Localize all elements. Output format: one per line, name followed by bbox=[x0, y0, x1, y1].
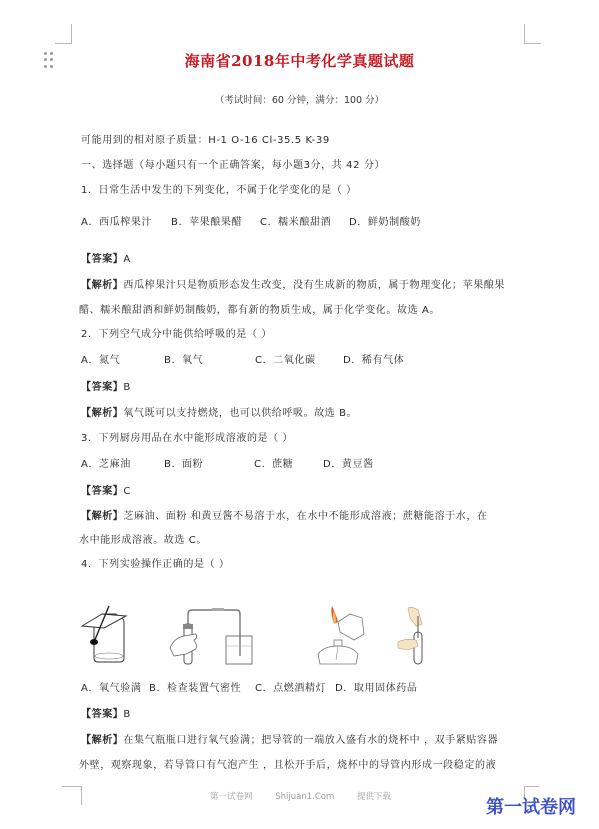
footer-site-name: 第一试卷网 bbox=[210, 792, 253, 802]
question-1-answer: 【答案】A bbox=[81, 250, 131, 265]
question-4-option-a: A．氧气验满 bbox=[81, 679, 141, 694]
watermark-logo: 第一试卷网 bbox=[486, 793, 576, 819]
question-2-option-d: D．稀有气体 bbox=[343, 351, 404, 366]
atomic-masses: 可能用到的相对原子质量：H-1 O-16 Cl-35.5 K-39 bbox=[81, 131, 330, 146]
question-3-option-c: C．蔗糖 bbox=[254, 455, 293, 470]
figure-oxygen-full-test bbox=[80, 604, 130, 664]
answer-label: 【答案】 bbox=[81, 486, 123, 497]
question-1-stem: 1．日常生活中发生的下列变化，不属于化学变化的是（ ） bbox=[81, 181, 357, 196]
question-1-analysis-line-2: 醋、糯米酿甜酒和鲜奶制酸奶，都有新的物质生成，属于化学变化。故选 A。 bbox=[79, 301, 440, 316]
question-4-stem: 4．下列实验操作正确的是（ ） bbox=[81, 555, 230, 570]
question-4-option-d: D．取用固体药品 bbox=[335, 679, 418, 694]
answer-label: 【答案】 bbox=[81, 254, 123, 265]
analysis-label: 【解析】 bbox=[81, 511, 123, 522]
figure-airtightness-check bbox=[168, 604, 268, 669]
figure-solid-reagent-taking bbox=[396, 604, 436, 669]
question-1-option-c: C．糯米酿甜酒 bbox=[260, 213, 331, 228]
answer-label: 【答案】 bbox=[81, 709, 123, 720]
section-heading: 一、选择题（每小题只有一个正确答案，每小题3分，共 42 分） bbox=[81, 156, 385, 171]
margin-corner-top-right bbox=[524, 24, 541, 44]
analysis-label: 【解析】 bbox=[81, 735, 123, 746]
question-2-analysis: 【解析】氧气既可以支持燃烧，也可以供给呼吸。故选 B。 bbox=[81, 404, 357, 419]
question-3-stem: 3．下列厨房用品在水中能形成溶液的是（ ） bbox=[81, 429, 293, 444]
question-1-option-a: A．西瓜榨果汁 bbox=[81, 213, 152, 228]
question-2-option-c: C．二氧化碳 bbox=[255, 351, 316, 366]
question-4-option-c: C．点燃酒精灯 bbox=[255, 679, 326, 694]
answer-value: B bbox=[123, 382, 130, 393]
footer-download: 提供下载 bbox=[357, 792, 391, 802]
question-2-stem: 2．下列空气成分中能供给呼吸的是（ ） bbox=[81, 325, 272, 340]
question-3-analysis-line-2: 水中能形成溶液。故选 C。 bbox=[79, 531, 207, 546]
analysis-text: 西瓜榨果汁只是物质形态发生改变，没有生成新的物质，属于物理变化；苹果酿果 bbox=[123, 280, 505, 291]
question-2-option-b: B．氧气 bbox=[164, 351, 203, 366]
question-3-answer: 【答案】C bbox=[81, 482, 131, 497]
question-4-analysis-line-2: 外壁，观察现象，若导管口有气泡产生 ，且松开手后，烧杯中的导管内形成一段稳定的液 bbox=[79, 756, 496, 771]
answer-value: B bbox=[123, 709, 130, 720]
answer-value: A bbox=[123, 254, 130, 265]
question-3-option-a: A．芝麻油 bbox=[81, 455, 131, 470]
page-footer: 第一试卷网 Shijuan1.Com 提供下载 bbox=[210, 790, 411, 802]
analysis-label: 【解析】 bbox=[81, 408, 123, 419]
document-title: 海南省2018年中考化学真题试题 bbox=[0, 50, 599, 71]
answer-value: C bbox=[123, 486, 131, 497]
question-3-option-d: D．黄豆酱 bbox=[323, 455, 374, 470]
question-4-option-b: B．检查装置气密性 bbox=[149, 679, 241, 694]
question-1-option-b: B．苹果酿果醋 bbox=[171, 213, 242, 228]
question-1-option-d: D．鲜奶制酸奶 bbox=[349, 213, 421, 228]
answer-label: 【答案】 bbox=[81, 382, 123, 393]
margin-corner-top-left bbox=[55, 24, 72, 44]
question-3-option-b: B．面粉 bbox=[164, 455, 203, 470]
question-1-analysis-line-1: 【解析】西瓜榨果汁只是物质形态发生改变，没有生成新的物质，属于物理变化；苹果酿果 bbox=[81, 276, 505, 291]
exam-info: （考试时间：60 分钟，满分：100 分） bbox=[0, 92, 599, 106]
question-2-option-a: A．氮气 bbox=[81, 351, 120, 366]
question-3-analysis-line-1: 【解析】芝麻油、面粉 和黄豆酱不易溶于水，在水中不能形成溶液；蔗糖能溶于水，在 bbox=[81, 507, 488, 522]
footer-site-url[interactable]: Shijuan1.Com bbox=[275, 792, 334, 802]
question-2-answer: 【答案】B bbox=[81, 378, 131, 393]
analysis-label: 【解析】 bbox=[81, 280, 123, 291]
figure-alcohol-lamp-lighting bbox=[310, 604, 370, 669]
question-4-answer: 【答案】B bbox=[81, 705, 131, 720]
analysis-text: 芝麻油、面粉 和黄豆酱不易溶于水，在水中不能形成溶液；蔗糖能溶于水，在 bbox=[123, 511, 487, 522]
analysis-text: 氧气既可以支持燃烧，也可以供给呼吸。故选 B。 bbox=[123, 408, 357, 419]
question-4-analysis-line-1: 【解析】在集气瓶瓶口进行氧气验满；把导管的一端放入盛有水的烧杯中 ，双手紧贴容器 bbox=[81, 731, 498, 746]
margin-corner-bottom-left bbox=[62, 786, 82, 805]
analysis-text: 在集气瓶瓶口进行氧气验满；把导管的一端放入盛有水的烧杯中 ，双手紧贴容器 bbox=[123, 735, 498, 746]
